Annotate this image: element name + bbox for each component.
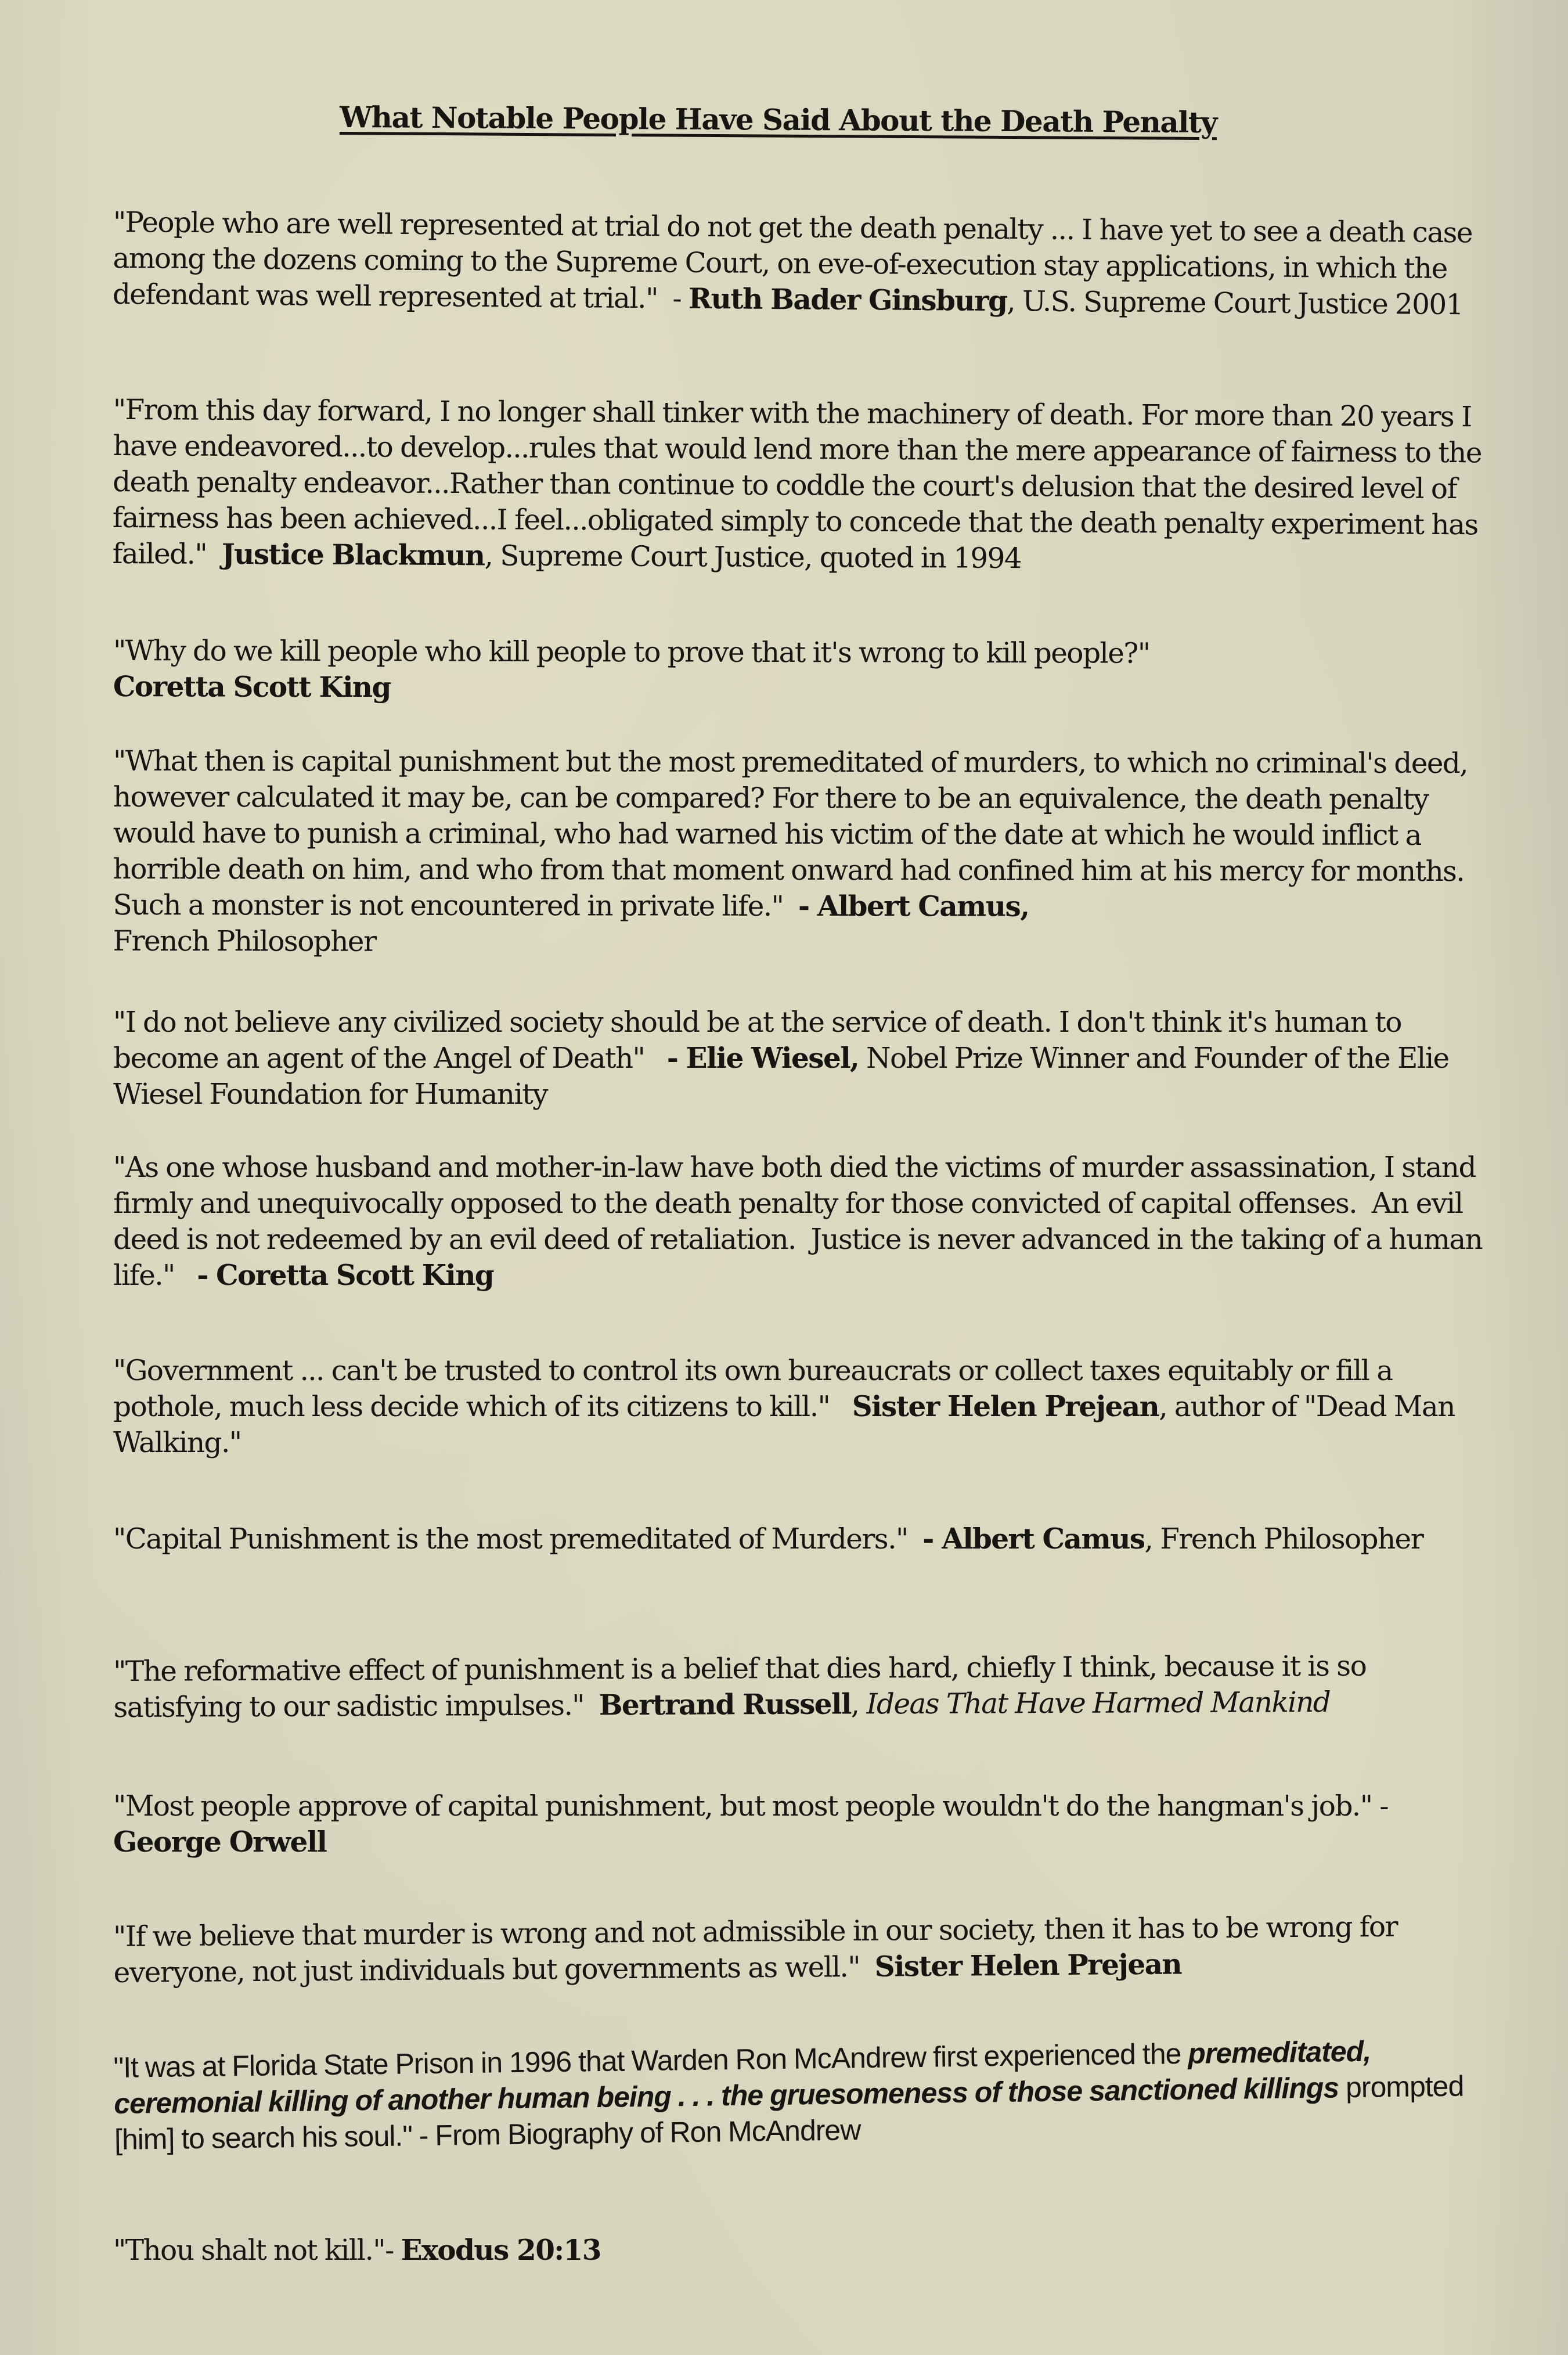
quote-text: , U.S. Supreme Court Justice 2001	[1007, 285, 1463, 321]
quote-blackmun: "From this day forward, I no longer shal…	[112, 392, 1495, 579]
quote-attribution: Ruth Bader Ginsburg	[689, 282, 1007, 318]
quote-text: , Supreme Court Justice, quoted in 1994	[484, 539, 1021, 575]
quote-attribution: Sister Helen Prejean	[852, 1390, 1159, 1423]
quote-camus-1: "What then is capital punishment but the…	[113, 743, 1495, 962]
quote-king-1: "Why do we kill people who kill people t…	[113, 633, 1495, 708]
quote-exodus: "Thou shalt not kill."- Exodus 20:13	[113, 2232, 1495, 2268]
quote-text: "Thou shalt not kill."-	[113, 2234, 401, 2267]
quote-wiesel: "I do not believe any civilized society …	[113, 1004, 1495, 1112]
quote-text: Ideas That Have Harmed Mankind	[866, 1686, 1330, 1720]
quote-attribution: - Elie Wiesel,	[667, 1042, 859, 1075]
quote-text: "Capital Punishment is the most premedit…	[113, 1523, 922, 1555]
quote-russell: "The reformative effect of punishment is…	[113, 1648, 1495, 1726]
quote-attribution: - Albert Camus	[922, 1522, 1144, 1555]
document-page: What Notable People Have Said About the …	[0, 0, 1568, 2355]
document-title: What Notable People Have Said About the …	[340, 100, 1268, 140]
quote-attribution: - Coretta Scott King	[197, 1259, 493, 1292]
quote-text: , French Philosopher	[1145, 1523, 1423, 1555]
quote-prejean-1: "Government ... can't be trusted to cont…	[113, 1353, 1495, 1461]
quote-mcandrew: "It was at Florida State Prison in 1996 …	[113, 2032, 1496, 2158]
quote-attribution: George Orwell	[113, 1825, 326, 1859]
quote-text: ,	[851, 1688, 867, 1720]
quote-prejean-2: "If we believe that murder is wrong and …	[113, 1908, 1495, 1991]
quote-attribution: - Albert Camus,	[798, 890, 1029, 923]
quote-attribution: Coretta Scott King	[113, 670, 391, 704]
quote-attribution: Exodus 20:13	[401, 2234, 601, 2267]
quote-camus-2: "Capital Punishment is the most premedit…	[113, 1521, 1495, 1557]
quote-orwell: "Most people approve of capital punishme…	[113, 1788, 1495, 1860]
quote-attribution: Sister Helen Prejean	[874, 1948, 1181, 1983]
quote-attribution: Bertrand Russell	[599, 1687, 850, 1722]
quote-text: "What then is capital punishment but the…	[113, 745, 1475, 923]
quote-text: "Most people approve of capital punishme…	[113, 1790, 1388, 1823]
quote-attribution: Justice Blackmun	[222, 538, 485, 572]
quote-text: "If we believe that murder is wrong and …	[113, 1911, 1405, 1989]
quote-king-2: "As one whose husband and mother-in-law …	[113, 1150, 1495, 1294]
quote-ginsburg: "People who are well represented at tria…	[113, 204, 1495, 323]
quote-text: "Why do we kill people who kill people t…	[113, 635, 1150, 670]
